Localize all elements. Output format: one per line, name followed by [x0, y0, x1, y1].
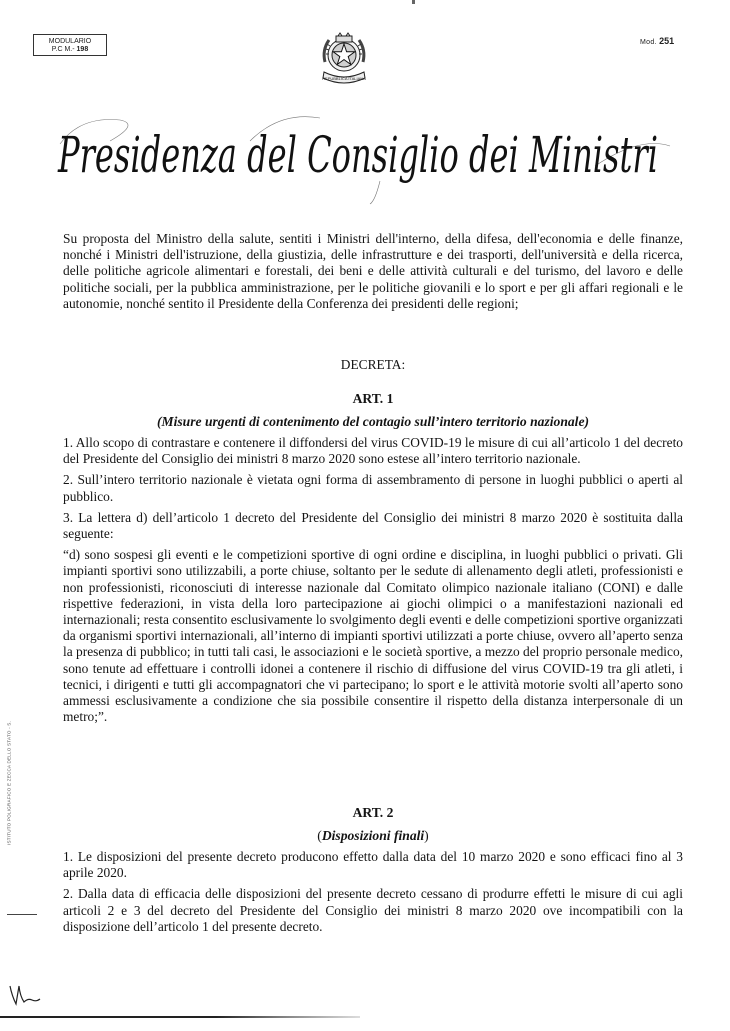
article-1-paragraph-1: 1. Allo scopo di contrastare e contenere…	[63, 435, 683, 467]
model-number: Mod. 251	[640, 36, 674, 46]
form-code-box: MODULARIO P.C M.- 198	[33, 34, 107, 56]
bottom-rule	[0, 1016, 360, 1018]
form-code-line2: P.C M.- 198	[34, 46, 106, 54]
article-1-paragraph-2: 2. Sull’intero territorio nazionale è vi…	[63, 472, 683, 504]
article-1-subtitle: (Misure urgenti di contenimento del cont…	[63, 414, 683, 430]
article-2-body: 1. Le disposizioni del presente decreto …	[63, 849, 683, 940]
article-1-title: ART. 1	[63, 391, 683, 407]
form-code-line1: MODULARIO	[34, 38, 106, 46]
article-2-subtitle: (Disposizioni finali)	[63, 828, 683, 844]
article-2-title: ART. 2	[63, 805, 683, 821]
preamble: Su proposta del Ministro della salute, s…	[63, 231, 683, 312]
article-1-paragraph-3: 3. La lettera d) dell’articolo 1 decreto…	[63, 510, 683, 542]
decreta-heading: DECRETA:	[63, 357, 683, 373]
svg-text:REPUBBLICA ITALIANA: REPUBBLICA ITALIANA	[322, 76, 366, 81]
article-1-quoted-letter-d: “d) sono sospesi gli eventi e le competi…	[63, 547, 683, 725]
svg-text:Presidenza del Consiglio dei M: Presidenza del Consiglio dei Ministri	[57, 126, 658, 184]
letterhead-title: Presidenza del Consiglio dei Ministri	[40, 106, 680, 206]
margin-mark	[7, 914, 37, 915]
model-label: Mod.	[640, 39, 657, 46]
article-1-body: 1. Allo scopo di contrastare e contenere…	[63, 435, 683, 730]
article-2-paragraph-2: 2. Dalla data di efficacia delle disposi…	[63, 886, 683, 935]
article-2-paragraph-1: 1. Le disposizioni del presente decreto …	[63, 849, 683, 881]
model-value: 251	[659, 36, 674, 46]
printer-stamp: ISTITUTO POLIGRAFICO E ZECCA DELLO STATO…	[2, 718, 16, 848]
emblem-of-italy-icon: REPUBBLICA ITALIANA	[319, 32, 369, 88]
handwritten-initials-icon	[6, 982, 46, 1012]
preamble-text: Su proposta del Ministro della salute, s…	[63, 231, 683, 312]
scan-artifact	[412, 0, 415, 4]
